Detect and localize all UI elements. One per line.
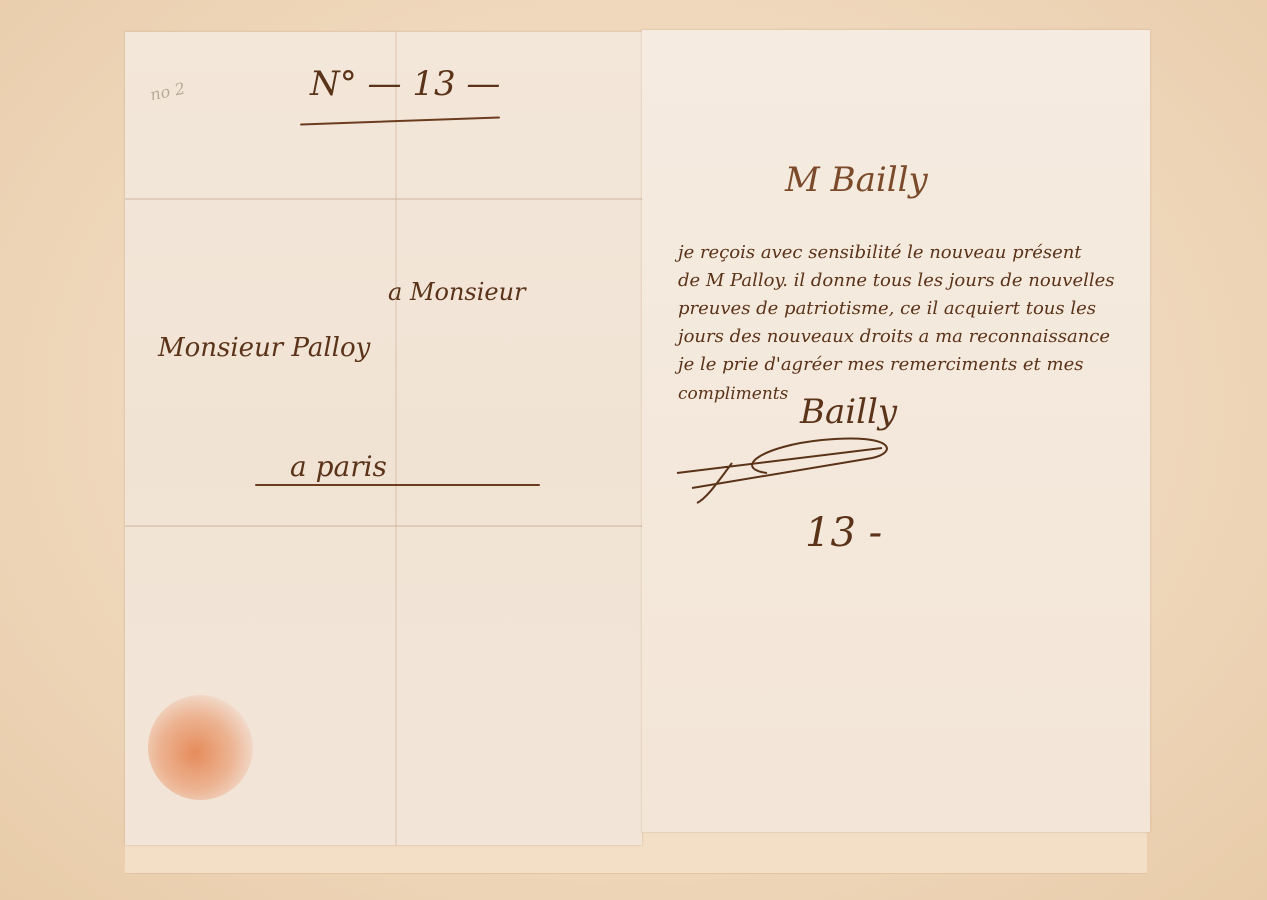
body-line: compliments (678, 384, 788, 404)
letter-header: M Bailly (785, 160, 928, 200)
paraph-flourish-icon (672, 428, 902, 508)
wax-seal (148, 695, 253, 800)
fold-line (125, 525, 642, 527)
page-number: 13 - (805, 510, 882, 556)
fold-line (125, 198, 642, 200)
fold-line (395, 32, 397, 845)
number-heading: N° — 13 — (310, 64, 500, 104)
body-line: je le prie d'agréer mes remerciments et … (678, 354, 1083, 375)
body-line: je reçois avec sensibilité le nouveau pr… (678, 242, 1082, 263)
signature: Bailly (800, 392, 897, 432)
address-line3: a paris (290, 450, 387, 483)
body-line: jours des nouveaux droits a ma reconnais… (678, 326, 1110, 347)
body-line: preuves de patriotisme, ce il acquiert t… (678, 298, 1096, 319)
address-line1: a Monsieur (388, 278, 526, 306)
body-line: de M Palloy. il donne tous les jours de … (678, 270, 1115, 291)
address-underline (255, 484, 540, 486)
address-line2: Monsieur Palloy (158, 333, 370, 363)
